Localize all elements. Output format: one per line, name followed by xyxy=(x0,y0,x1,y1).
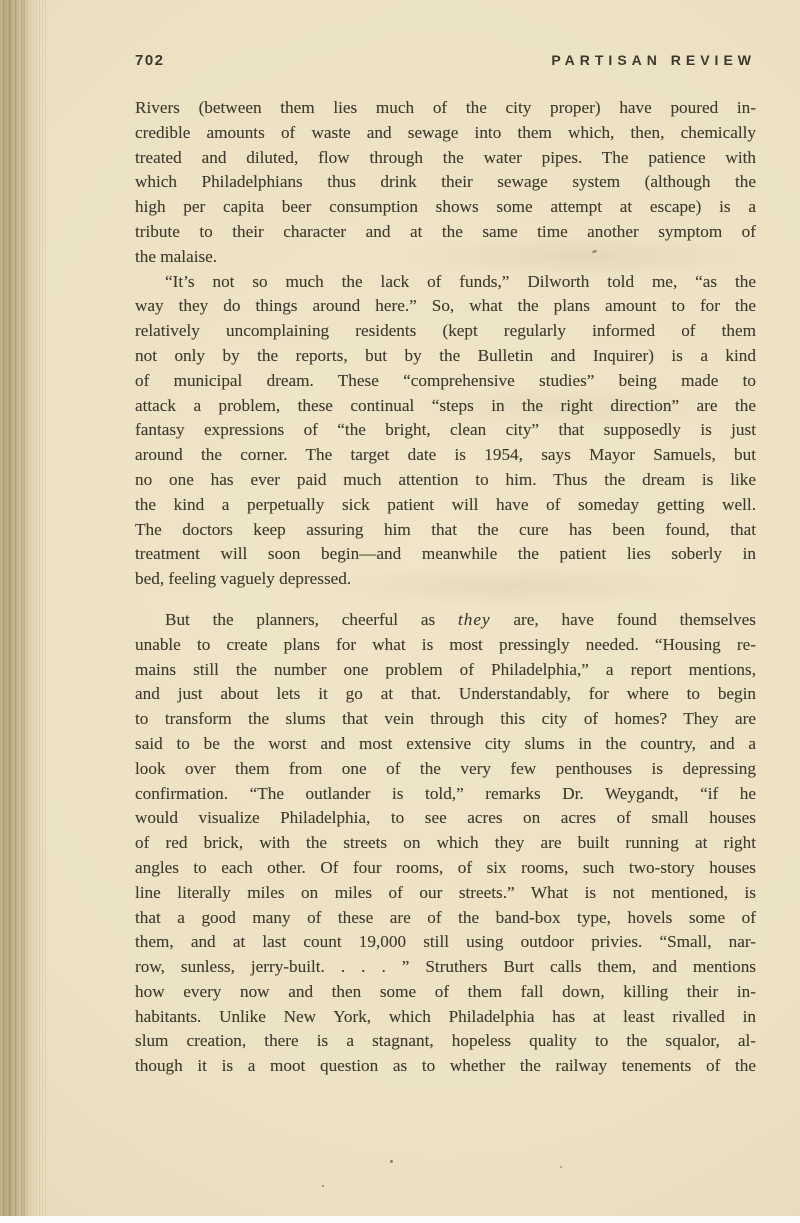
scan-speck xyxy=(390,1160,393,1163)
text-line: of municipal dream. These “comprehensive… xyxy=(135,369,756,394)
text-line: slum creation, there is a stagnant, hope… xyxy=(135,1029,756,1054)
paragraph: “It’s not so much the lack of funds,” Di… xyxy=(135,270,756,592)
text-line: no one has ever paid much attention to h… xyxy=(135,468,756,493)
text-line: credible amounts of waste and sewage int… xyxy=(135,121,756,146)
text-line: unable to create plans for what is most … xyxy=(135,633,756,658)
text-line: attack a problem, these continual “steps… xyxy=(135,394,756,419)
text-line: said to be the worst and most extensive … xyxy=(135,732,756,757)
text-line: habitants. Unlike New York, which Philad… xyxy=(135,1005,756,1030)
text-block: Rivers (between them lies much of the ci… xyxy=(135,96,756,1079)
text-line: the kind a perpetually sick patient will… xyxy=(135,493,756,518)
text-line: treatment will soon begin—and meanwhile … xyxy=(135,542,756,567)
text-line: to transform the slums that vein through… xyxy=(135,707,756,732)
text-line: confirmation. “The outlander is told,” r… xyxy=(135,782,756,807)
text-line: But the planners, cheerful as they are, … xyxy=(135,608,756,633)
text-line: mains still the number one problem of Ph… xyxy=(135,658,756,683)
book-binding-edge xyxy=(0,0,46,1216)
text-line: treated and diluted, flow through the wa… xyxy=(135,146,756,171)
text-line: angles to each other. Of four rooms, of … xyxy=(135,856,756,881)
paragraph: But the planners, cheerful as they are, … xyxy=(135,608,756,1079)
text-line: that a good many of these are of the ban… xyxy=(135,906,756,931)
text-line: The doctors keep assuring him that the c… xyxy=(135,518,756,543)
text-line: fantasy expressions of “the bright, clea… xyxy=(135,418,756,443)
text-line: line literally miles on miles of our str… xyxy=(135,881,756,906)
scanner-background-strip xyxy=(28,1216,800,1223)
text-line: bed, feeling vaguely depressed. xyxy=(135,567,756,592)
text-line: would visualize Philadelphia, to see acr… xyxy=(135,806,756,831)
text-line: row, sunless, jerry-built. . . . ” Strut… xyxy=(135,955,756,980)
scan-speck xyxy=(560,1166,562,1168)
scan-speck xyxy=(322,1185,324,1187)
text-line: though it is a moot question as to wheth… xyxy=(135,1054,756,1079)
scanned-book-page: 702 PARTISAN REVIEW Rivers (between them… xyxy=(0,0,800,1223)
text-line: and just about lets it go at that. Under… xyxy=(135,682,756,707)
text-line: them, and at last count 19,000 still usi… xyxy=(135,930,756,955)
journal-title: PARTISAN REVIEW xyxy=(551,52,756,68)
text-line: relatively uncomplaining residents (kept… xyxy=(135,319,756,344)
text-line: of red brick, with the streets on which … xyxy=(135,831,756,856)
text-line: high per capita beer consumption shows s… xyxy=(135,195,756,220)
text-line: which Philadelphians thus drink their se… xyxy=(135,170,756,195)
text-line: the malaise. xyxy=(135,245,756,270)
running-head: 702 PARTISAN REVIEW xyxy=(135,52,756,69)
paragraph: Rivers (between them lies much of the ci… xyxy=(135,96,756,270)
text-line: “It’s not so much the lack of funds,” Di… xyxy=(135,270,756,295)
paper-page: 702 PARTISAN REVIEW Rivers (between them… xyxy=(0,0,800,1216)
text-line: tribute to their character and at the sa… xyxy=(135,220,756,245)
text-line: not only by the reports, but by the Bull… xyxy=(135,344,756,369)
text-line: look over them from one of the very few … xyxy=(135,757,756,782)
text-line: how every now and then some of them fall… xyxy=(135,980,756,1005)
page-number: 702 xyxy=(135,52,165,69)
text-line: around the corner. The target date is 19… xyxy=(135,443,756,468)
text-line: way they do things around here.” So, wha… xyxy=(135,294,756,319)
text-line: Rivers (between them lies much of the ci… xyxy=(135,96,756,121)
